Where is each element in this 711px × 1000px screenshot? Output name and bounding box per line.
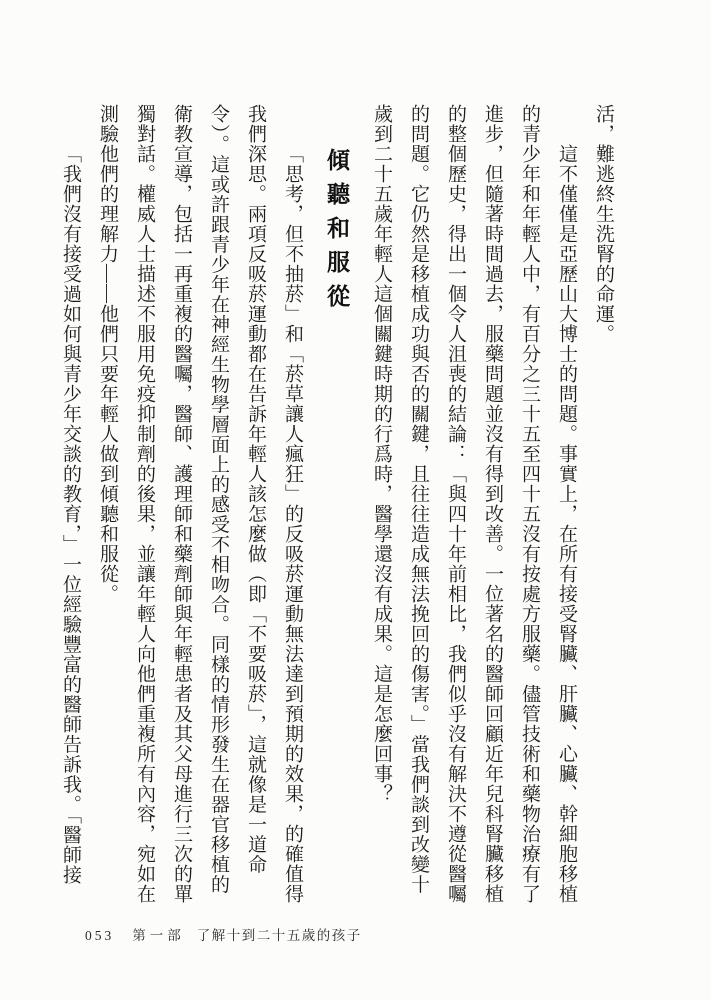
book-page: 活，難逃終生洗腎的命運。 這不僅僅是亞歷山大博士的問題。事實上，在所有接受腎臟、…	[0, 0, 711, 1000]
vertical-text-body: 活，難逃終生洗腎的命運。 這不僅僅是亞歷山大博士的問題。事實上，在所有接受腎臟、…	[52, 104, 622, 904]
page-number: 053	[85, 928, 114, 944]
page-footer: 053 第一部 了解十到二十五歲的孩子	[85, 924, 362, 944]
chapter-title: 了解十到二十五歲的孩子	[197, 924, 362, 944]
part-label: 第一部	[132, 924, 185, 944]
paragraph-2: 這不僅僅是亞歷山大博士的問題。事實上，在所有接受腎臟、肝臟、心臟、幹細胞移植的青…	[363, 104, 585, 904]
section-heading: 傾聽和服從	[315, 104, 359, 904]
paragraph-3: 「思考，但不抽菸」和「菸草讓人瘋狂」的反吸菸運動無法達到預期的效果，的確值得我們…	[89, 104, 311, 904]
paragraph-1: 活，難逃終生洗腎的命運。	[585, 104, 622, 904]
paragraph-4: 「我們沒有接受過如何與青少年交談的教育，」一位經驗豐富的醫師告訴我。「醫師接	[52, 104, 89, 904]
